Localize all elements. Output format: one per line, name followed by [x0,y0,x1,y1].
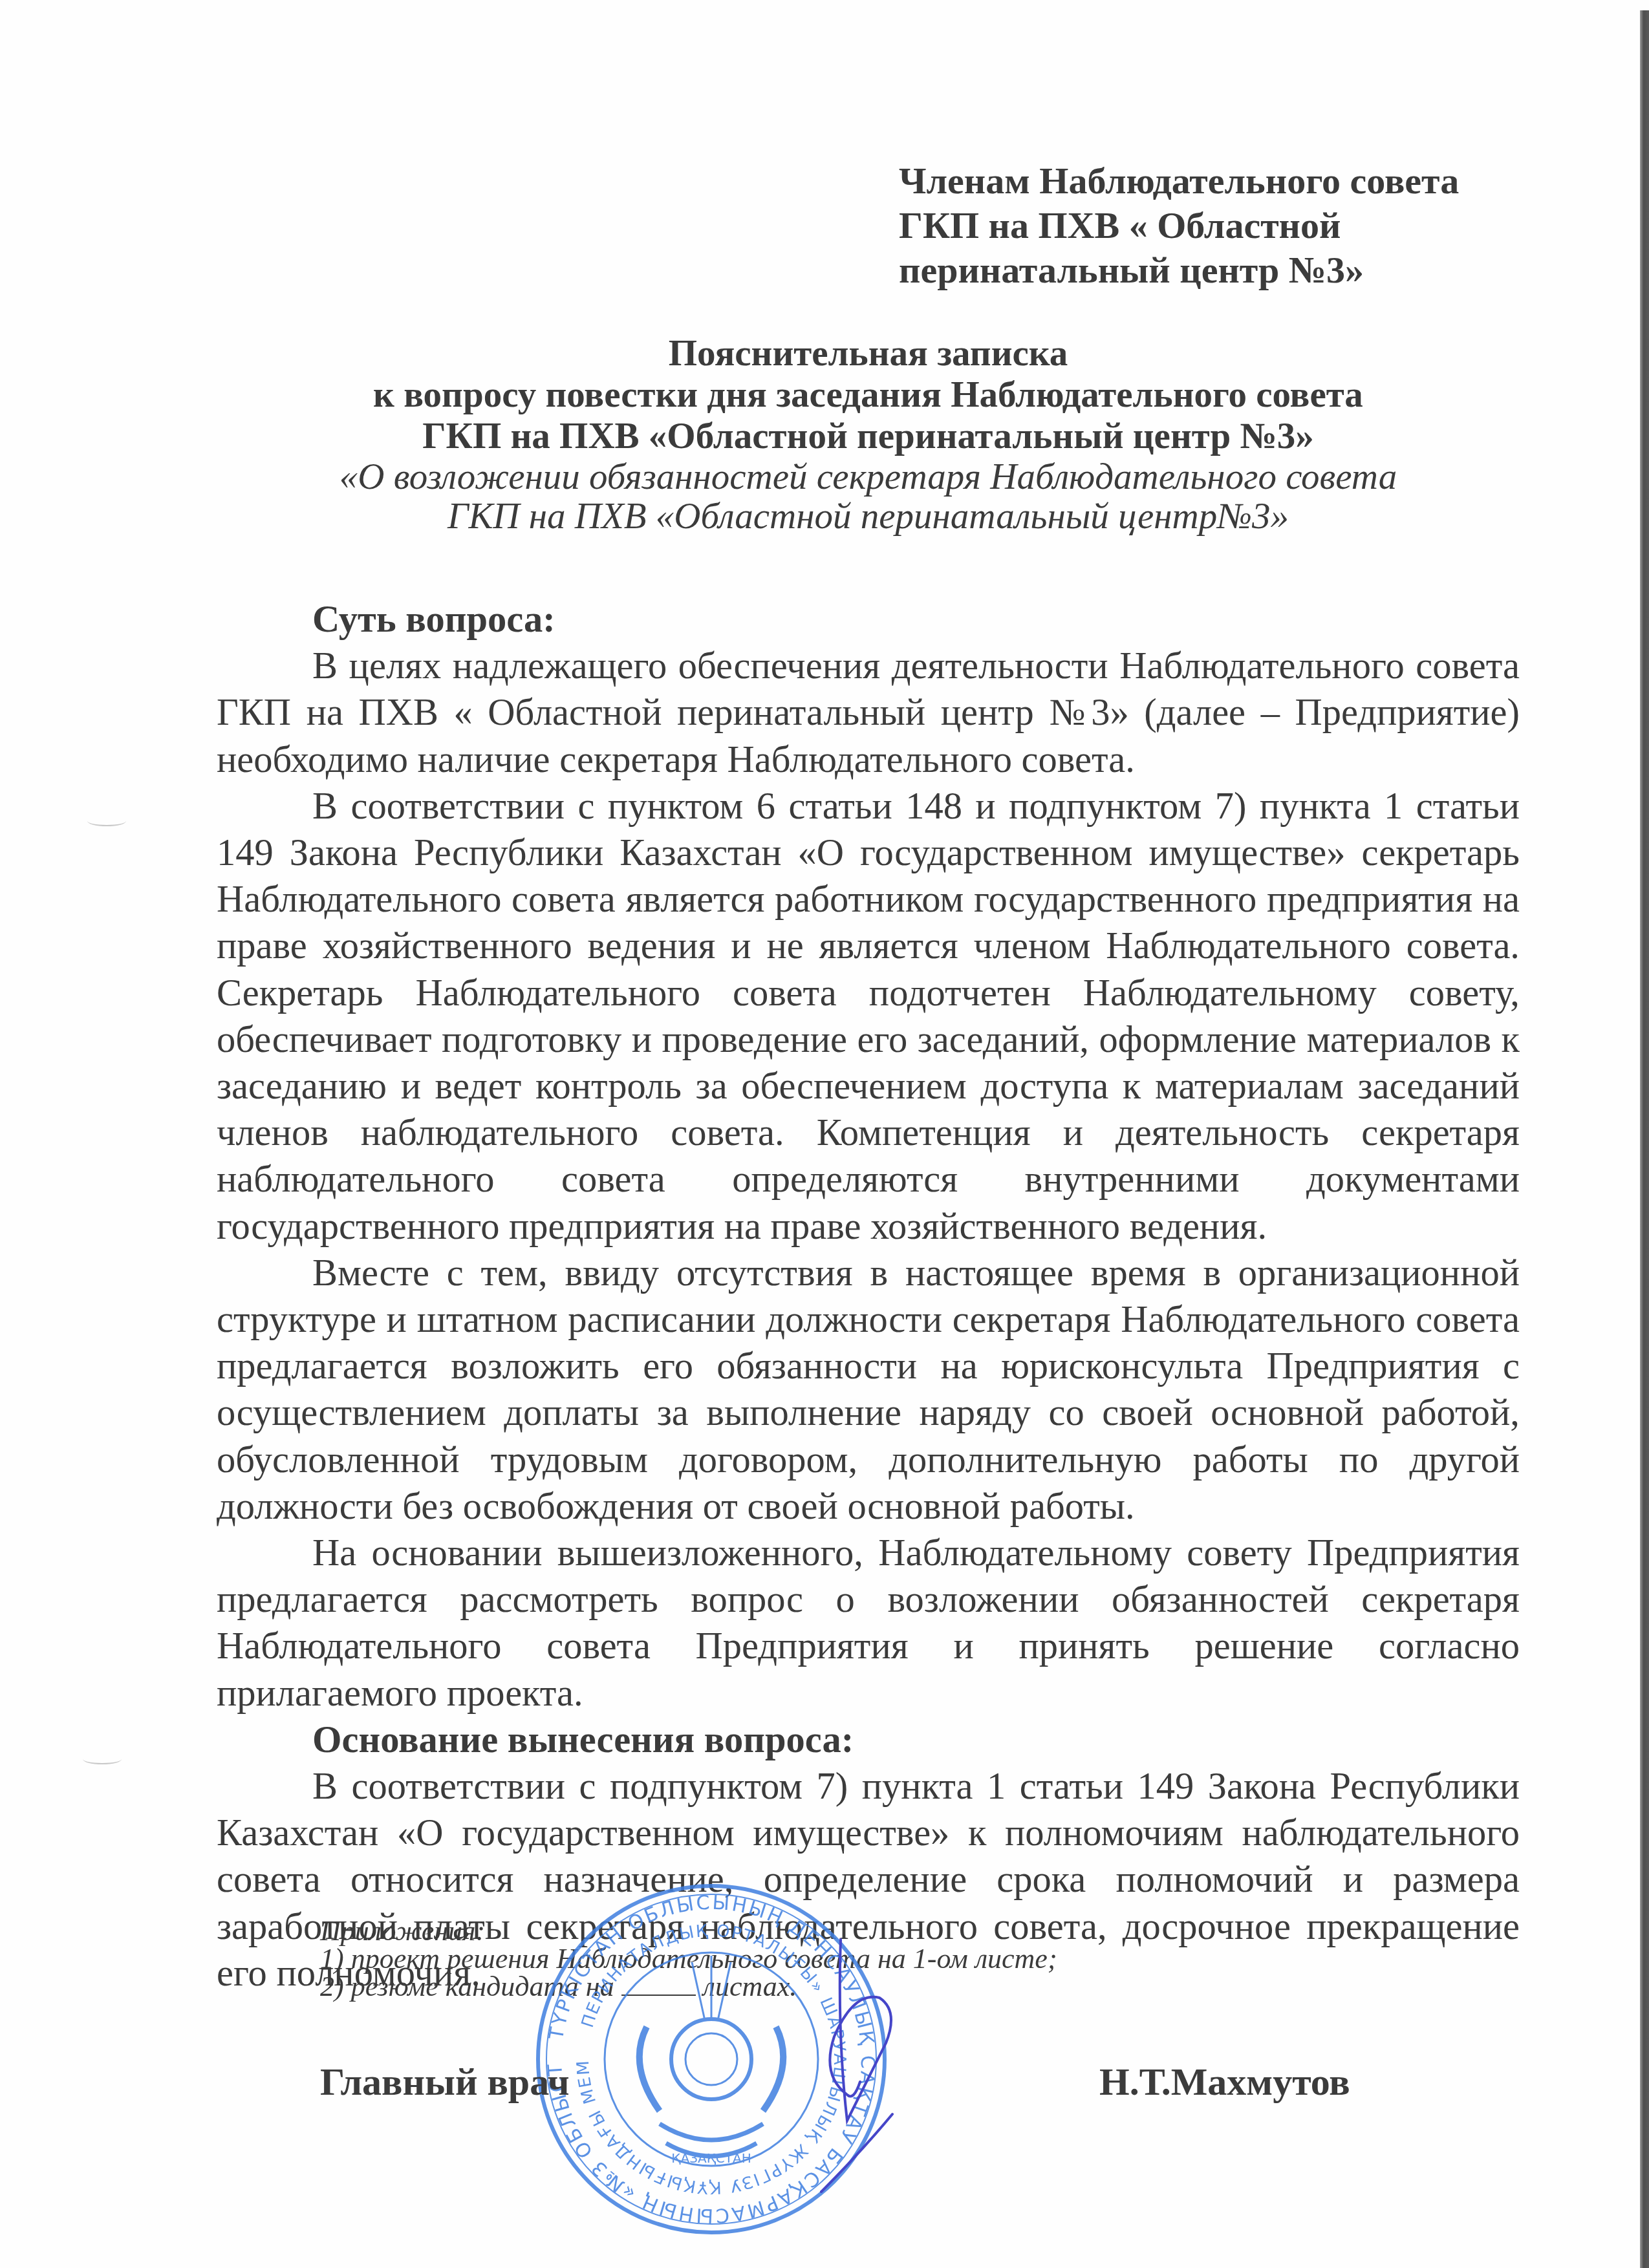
section-heading-essence: Суть вопроса: [217,596,1520,643]
title-line: ГКП на ПХВ «Областной перинатальный цент… [217,416,1520,457]
addressee-line: ГКП на ПХВ « Областной [899,203,1459,248]
title-line: Пояснительная записка [217,333,1520,374]
paragraph: На основании вышеизложенного, Наблюдател… [217,1530,1520,1717]
paragraph: В целях надлежащего обеспечения деятельн… [217,643,1520,783]
section-heading-basis: Основание вынесения вопроса: [217,1717,1520,1763]
signatory-role: Главный врач [320,2060,570,2104]
title-line: к вопросу повестки дня заседания Наблюда… [217,374,1520,416]
signatory-name: Н.Т.Махмутов [1099,2060,1350,2104]
document-body: Суть вопроса: В целях надлежащего обеспе… [217,596,1520,1996]
paragraph: Вместе с тем, ввиду отсутствия в настоящ… [217,1250,1520,1530]
subtitle-line: «О возложении обязанностей секретаря Наб… [217,457,1520,497]
addressee-line: Членам Наблюдательного совета [899,158,1459,203]
addressee-block: Членам Наблюдательного совета ГКП на ПХВ… [899,158,1459,292]
paragraph: В соответствии с пунктом 6 статьи 148 и … [217,783,1520,1250]
subtitle-line: ГКП на ПХВ «Областной перинатальный цент… [217,497,1520,536]
scan-edge [1640,10,1649,2268]
punch-hole-mark [87,816,126,826]
addressee-line: перинатальный центр №3» [899,248,1459,292]
document-title: Пояснительная записка к вопросу повестки… [217,333,1520,536]
handwritten-signature-icon [802,1933,931,2205]
svg-text:ҚАЗАҚСТАН: ҚАЗАҚСТАН [671,2150,751,2166]
punch-hole-mark [83,1754,122,1764]
